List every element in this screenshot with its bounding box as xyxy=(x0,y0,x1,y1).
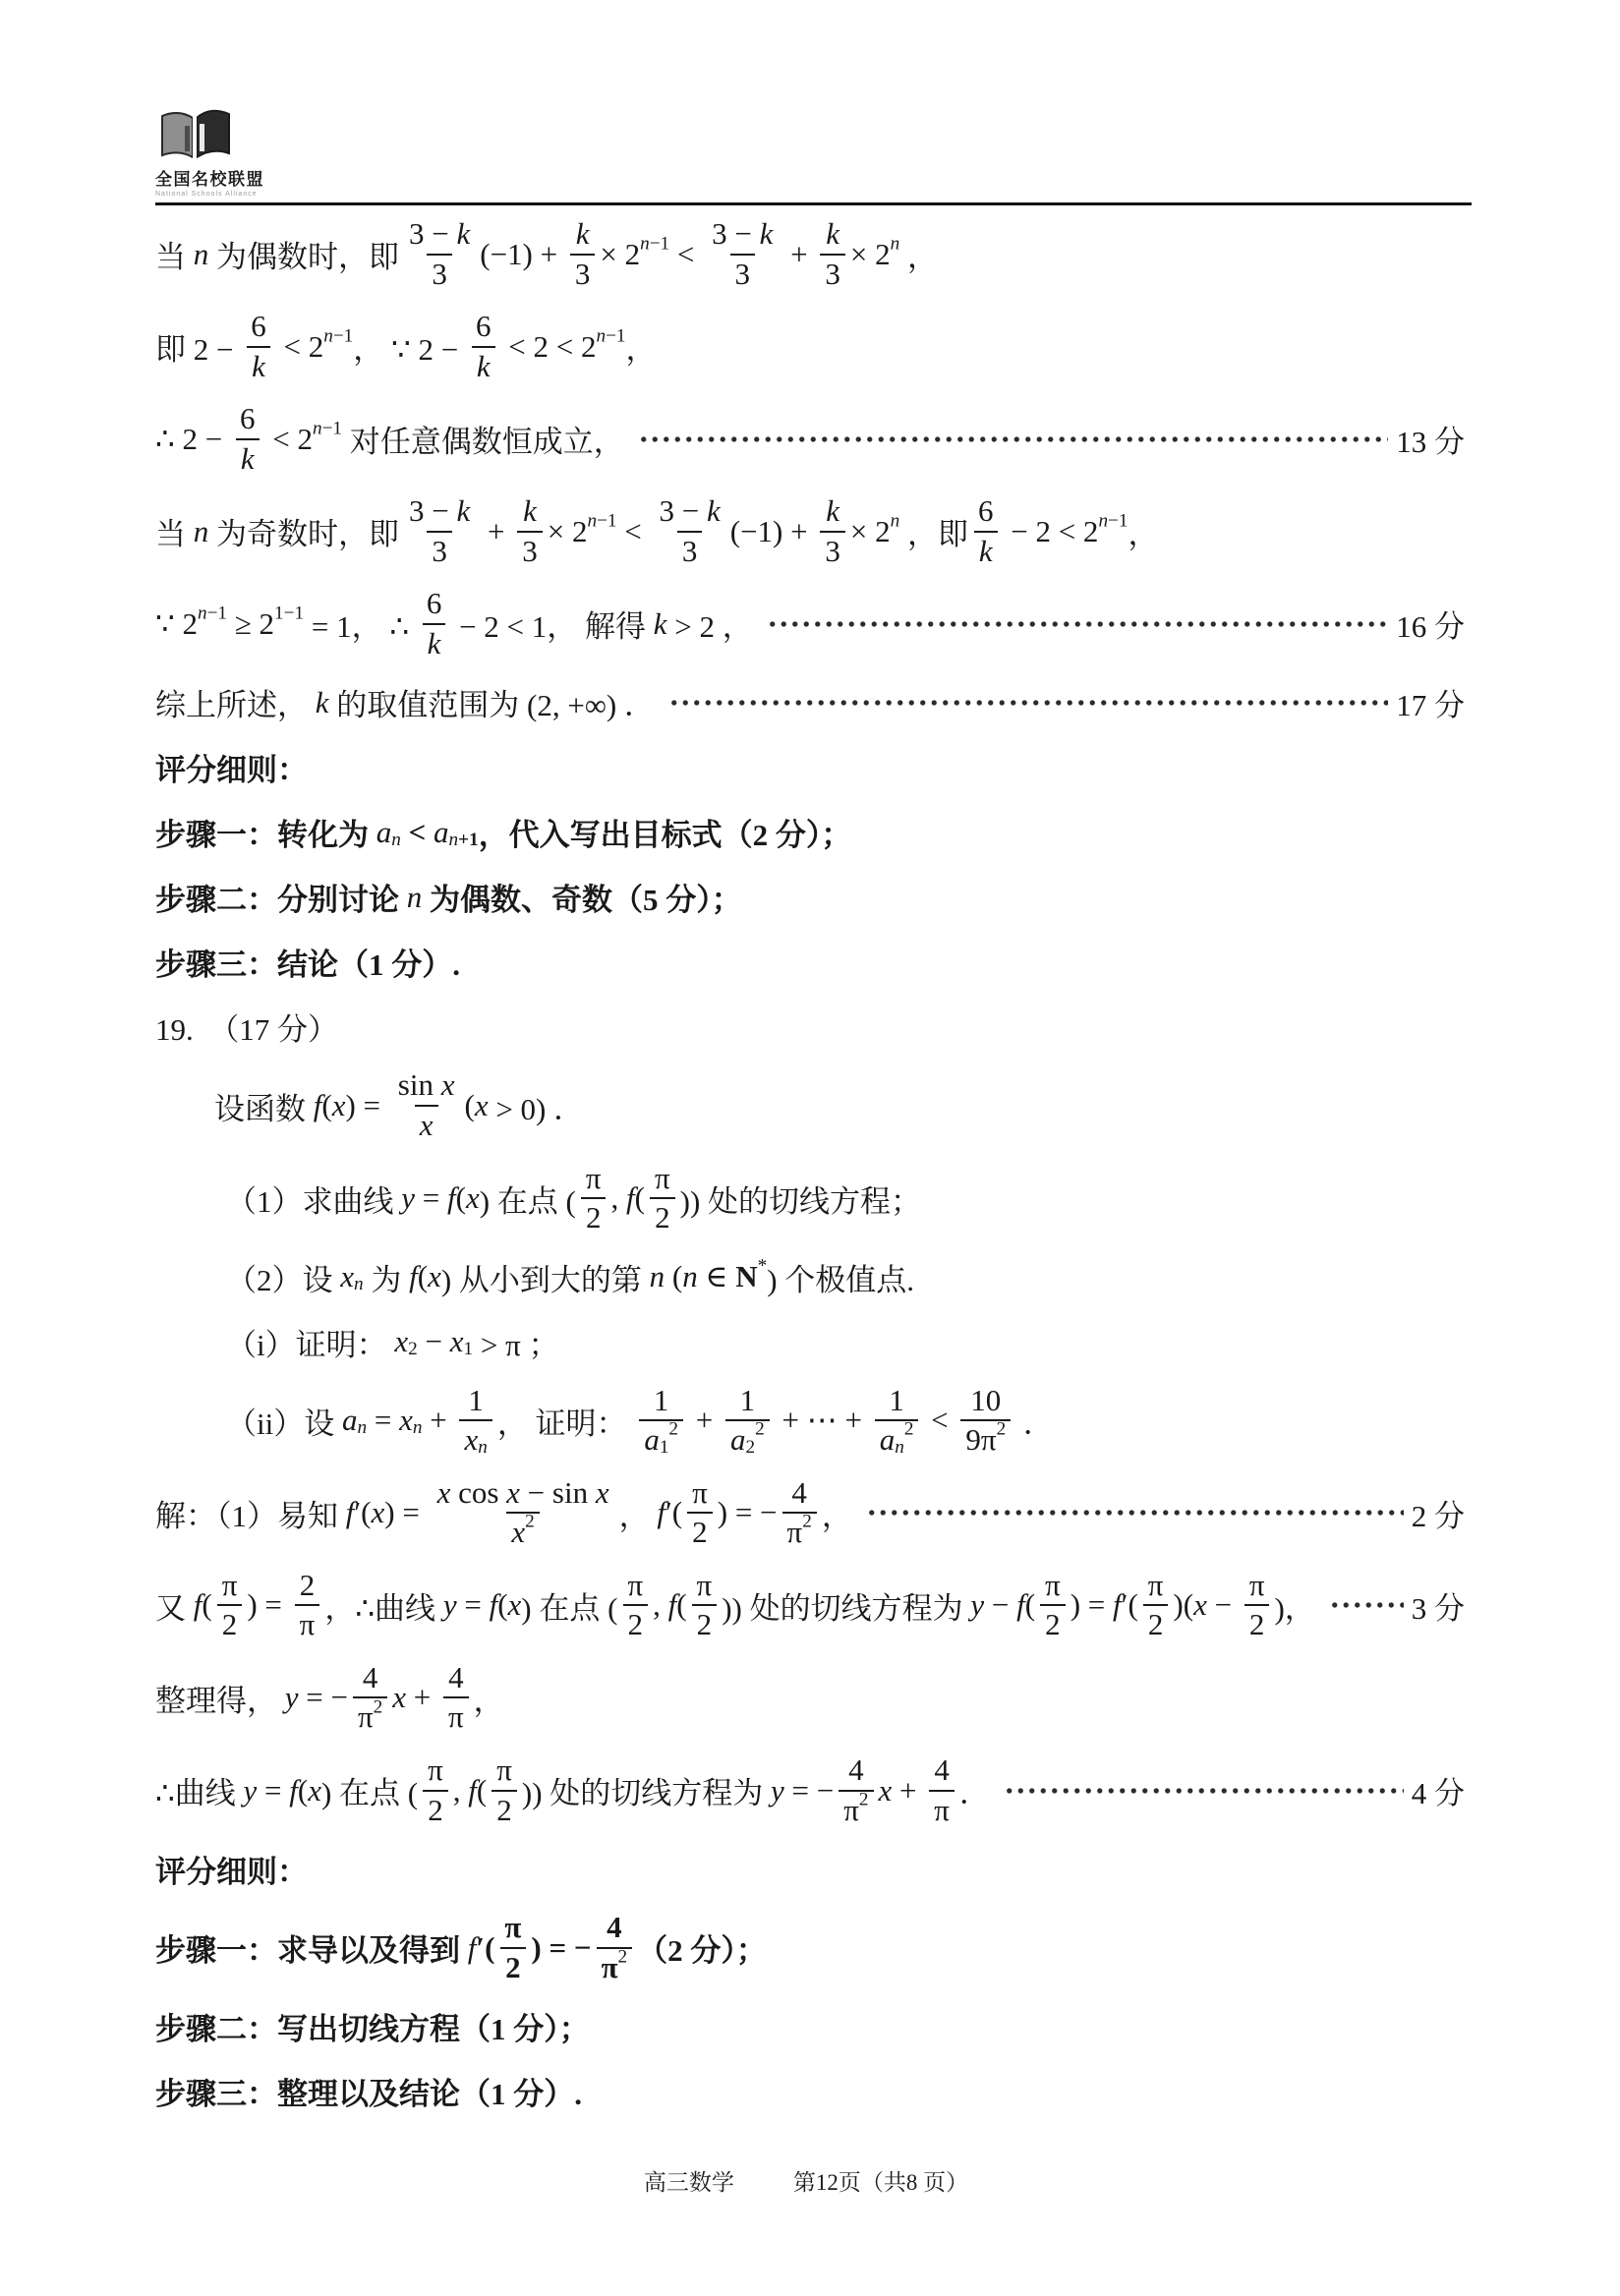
text: 3 xyxy=(825,536,840,568)
fraction: 4π xyxy=(929,1754,955,1826)
text: ( xyxy=(665,1259,682,1294)
fraction: 4π2 xyxy=(839,1754,873,1826)
fraction-denominator: 3 xyxy=(677,531,703,568)
math-variable: a xyxy=(730,1424,746,1457)
fraction-numerator: sin x xyxy=(393,1069,460,1105)
text: π xyxy=(1045,1570,1061,1602)
math-variable: k xyxy=(826,495,839,528)
text: π xyxy=(627,1570,643,1602)
fraction: 1an2 xyxy=(875,1385,919,1457)
text: π xyxy=(428,1754,443,1787)
fraction-denominator: 2 xyxy=(500,1947,526,1984)
fraction-denominator: 3 xyxy=(820,254,845,291)
fraction-numerator: k xyxy=(821,495,844,531)
text: < xyxy=(669,237,702,272)
math-variable: n xyxy=(640,233,650,255)
math-variable: n xyxy=(478,1438,488,1458)
fraction-denominator: π2 xyxy=(353,1696,387,1734)
text: > 0) ． xyxy=(489,1084,585,1128)
text: + ⋯ + xyxy=(775,1403,870,1438)
fraction: π2 xyxy=(1143,1570,1169,1641)
math-variable: y xyxy=(443,1587,457,1623)
math-variable: f xyxy=(314,1088,322,1123)
math-variable: x xyxy=(450,1324,464,1359)
doc-line-10: 步骤三：结论（1 分）. xyxy=(155,940,1465,984)
doc-line-17: 解：（1）易知 f′(x) = x cos x − sin xx2， f′(π2… xyxy=(155,1477,1465,1549)
text: ) 个极值点. xyxy=(767,1255,914,1299)
text: ∈ xyxy=(698,1259,735,1294)
text: 步骤二：分别讨论 xyxy=(155,875,407,919)
fraction: π2 xyxy=(650,1163,675,1234)
text: 3 − xyxy=(409,218,456,251)
text: 3 − xyxy=(712,218,759,251)
score-label: 3 分 xyxy=(1412,1583,1465,1628)
text: π xyxy=(934,1795,950,1827)
text: 4 xyxy=(363,1662,378,1694)
superscript: n−1 xyxy=(640,233,669,255)
subscript: n xyxy=(391,830,401,851)
text: 设函数 xyxy=(214,1084,314,1128)
math-variable: n xyxy=(407,880,423,915)
text: ， xyxy=(474,1676,504,1720)
text: 1 xyxy=(740,1385,756,1417)
doc-line-9: 步骤二：分别讨论 n 为偶数、奇数（5 分）； xyxy=(155,875,1465,919)
fraction-denominator: 2 xyxy=(423,1790,448,1827)
text: 2 xyxy=(428,1795,443,1827)
fraction: 3 − k3 xyxy=(707,218,778,290)
math-bold-symbol: N xyxy=(735,1259,757,1294)
fraction-numerator: 4 xyxy=(602,1912,627,1947)
text: 1 xyxy=(468,1385,484,1417)
text: ( xyxy=(321,1088,331,1123)
score-label: 13 分 xyxy=(1396,417,1465,461)
math-variable: x xyxy=(428,1259,441,1294)
fraction-denominator: 2 xyxy=(692,1604,718,1641)
school-alliance-logo: 全国名校联盟 National Schools Alliance xyxy=(155,108,1472,198)
text: π xyxy=(504,1912,521,1944)
text: )) 处的切线方程为 xyxy=(722,1583,970,1628)
math-variable: k xyxy=(241,443,255,476)
fraction-numerator: π xyxy=(622,1570,648,1605)
fraction-numerator: 3 − k xyxy=(404,495,475,531)
text: ( xyxy=(497,1587,507,1623)
text: −1 xyxy=(606,325,625,347)
text: +1 xyxy=(458,830,479,851)
text: = xyxy=(257,1773,289,1808)
text: × 2 xyxy=(850,237,891,272)
fraction: 1xn xyxy=(459,1385,492,1457)
math-variable: n xyxy=(650,1259,665,1294)
fraction-numerator: 6 xyxy=(422,588,447,623)
text: ) 在点 ( xyxy=(521,1583,617,1628)
fraction: k3 xyxy=(820,218,845,290)
fraction: π2 xyxy=(622,1570,648,1641)
math-variable: k xyxy=(477,351,491,383)
fraction-numerator: π xyxy=(692,1570,718,1605)
text: − 2 < 2 xyxy=(1003,514,1098,549)
text: 4 xyxy=(448,1662,464,1694)
text: π xyxy=(586,1163,602,1195)
text: + xyxy=(480,514,512,549)
text: ′( xyxy=(476,1930,494,1966)
text: π xyxy=(358,1701,374,1734)
text: > π ； xyxy=(473,1320,558,1364)
fraction-denominator: xn xyxy=(459,1419,492,1457)
text: −1 xyxy=(597,510,616,532)
math-variable: x xyxy=(511,1517,525,1549)
text: π xyxy=(602,1952,618,1984)
fraction-denominator: 2 xyxy=(650,1197,675,1234)
doc-line-19: 整理得， y = −4π2x + 4π， xyxy=(155,1662,1465,1734)
text: < xyxy=(617,514,650,549)
text: π xyxy=(496,1754,512,1787)
page-header: 全国名校联盟 National Schools Alliance xyxy=(155,108,1472,205)
math-variable: x xyxy=(879,1773,893,1808)
text: , xyxy=(453,1773,469,1808)
fraction-numerator: π xyxy=(687,1477,713,1513)
math-variable: n xyxy=(198,603,207,624)
text: ( xyxy=(1025,1587,1035,1623)
math-variable: n xyxy=(194,514,209,549)
fraction: sin xx xyxy=(393,1069,460,1141)
dotted-leader xyxy=(767,620,1388,628)
superscript: n−1 xyxy=(313,418,342,439)
fraction-numerator: π xyxy=(650,1163,675,1198)
doc-line-24: 步骤三：整理以及结论（1 分）. xyxy=(155,2069,1465,2113)
doc-line-3: ∴ 2 − 6k < 2n−1 对任意偶数恒成立，13 分 xyxy=(155,403,1465,475)
text: π xyxy=(843,1795,859,1827)
math-variable: f xyxy=(1113,1587,1122,1623)
fraction-numerator: 3 − k xyxy=(404,218,475,254)
subscript: 2 xyxy=(746,1438,756,1458)
text: （2 分）； xyxy=(637,1925,767,1970)
text: （i）证明： xyxy=(226,1320,394,1364)
text: ( xyxy=(202,1587,211,1623)
text: 步骤二：写出切线方程（1 分）； xyxy=(155,2004,590,2048)
logo-label: 全国名校联盟 xyxy=(155,165,264,190)
text: −1 xyxy=(1108,510,1128,532)
math-variable: n xyxy=(891,233,900,255)
text: ， 证明： xyxy=(497,1399,635,1443)
math-variable: x xyxy=(420,1110,434,1142)
subscript: n+1 xyxy=(449,830,479,851)
subscript: n xyxy=(478,1438,488,1458)
text: − xyxy=(984,1587,1016,1623)
text: 为奇数时，即 xyxy=(208,509,399,553)
math-variable: k xyxy=(760,218,774,251)
fraction: x cos x − sin xx2 xyxy=(433,1477,614,1549)
text: ，即 xyxy=(899,509,968,553)
superscript: n−1 xyxy=(596,325,625,347)
math-variable: n xyxy=(391,830,401,851)
score-label: 4 分 xyxy=(1412,1768,1465,1812)
fraction: k3 xyxy=(570,218,596,290)
dotted-leader xyxy=(668,699,1388,707)
superscript: 2 xyxy=(859,1790,869,1809)
fraction-numerator: 6 xyxy=(246,311,271,346)
solution-content: 当 n 为偶数时，即3 − k3(−1) + k3× 2n−1 < 3 − k3… xyxy=(155,218,1465,2134)
text: ， xyxy=(626,324,657,369)
fraction-numerator: 4 xyxy=(929,1754,955,1790)
fraction-denominator: 3 xyxy=(820,531,845,568)
math-variable: n xyxy=(313,418,322,439)
math-variable: a xyxy=(644,1424,660,1457)
text: )) 处的切线方程为 xyxy=(522,1768,771,1812)
fraction: 4π2 xyxy=(353,1662,387,1734)
fraction: 2π xyxy=(295,1570,320,1641)
fraction-numerator: π xyxy=(1040,1570,1066,1605)
fraction-denominator: k xyxy=(236,438,260,476)
superscript: 2 xyxy=(904,1420,914,1440)
doc-line-14: （2）设 xn 为 f(x) 从小到大的第 n (n ∈ N*) 个极值点. xyxy=(226,1255,1465,1299)
math-variable: a xyxy=(342,1403,358,1438)
fraction: k3 xyxy=(820,495,845,567)
fraction-denominator: 2 xyxy=(1040,1604,1066,1641)
text: −1 xyxy=(333,325,353,347)
fraction-numerator: π xyxy=(1244,1570,1270,1605)
text: 1 xyxy=(889,1385,904,1417)
doc-line-16: （ii）设 an = xn + 1xn， 证明： 1a12 + 1a22 + ⋯… xyxy=(226,1385,1465,1457)
text: 9π xyxy=(965,1424,996,1457)
text: 3 xyxy=(825,258,840,291)
doc-line-20: ∴曲线 y = f(x) 在点 (π2, f(π2)) 处的切线方程为 y = … xyxy=(155,1754,1465,1826)
fraction-numerator: π xyxy=(499,1912,526,1947)
fraction-denominator: 3 xyxy=(570,254,596,291)
fraction: π2 xyxy=(692,1570,718,1641)
text: ) 在点 ( xyxy=(480,1177,576,1221)
text: 4 xyxy=(934,1754,950,1787)
math-variable: k xyxy=(252,351,265,383)
math-variable: x xyxy=(332,1088,346,1123)
fraction: 6k xyxy=(235,403,260,475)
fraction-denominator: π xyxy=(929,1790,955,1827)
text: ) = xyxy=(1070,1587,1113,1623)
math-variable: f xyxy=(490,1587,498,1623)
text: 6 xyxy=(240,403,256,435)
fraction-denominator: π2 xyxy=(597,1947,633,1984)
fraction-denominator: π xyxy=(295,1604,320,1641)
math-variable: y xyxy=(401,1180,415,1216)
text: = xyxy=(457,1587,490,1623)
fraction-denominator: 3 xyxy=(427,254,452,291)
fraction-numerator: k xyxy=(821,218,844,254)
math-variable: y xyxy=(285,1680,299,1715)
fraction-denominator: 2 xyxy=(217,1604,243,1641)
dotted-leader xyxy=(1004,1787,1404,1795)
math-variable: n xyxy=(891,510,900,532)
math-variable: n xyxy=(354,1274,364,1295)
fraction: 4π2 xyxy=(782,1477,817,1549)
text: 2 xyxy=(697,1609,713,1641)
dotted-leader xyxy=(1329,1601,1404,1609)
subscript: 1 xyxy=(660,1438,669,1458)
math-variable: x xyxy=(508,1587,522,1623)
text: ∴曲线 xyxy=(155,1768,243,1812)
fraction-denominator: x2 xyxy=(506,1512,539,1549)
text: π xyxy=(1249,1570,1265,1602)
math-variable: x xyxy=(392,1680,406,1715)
text: = − xyxy=(299,1680,348,1715)
dotted-leader xyxy=(638,435,1389,443)
math-variable: f xyxy=(447,1180,456,1216)
math-variable: x xyxy=(308,1773,321,1808)
text: + xyxy=(688,1403,721,1438)
text: 6 xyxy=(427,588,442,620)
text: − xyxy=(418,1324,450,1359)
fraction: 1a22 xyxy=(725,1385,770,1457)
math-variable: k xyxy=(523,495,537,528)
text: 4 xyxy=(607,1912,622,1944)
text: 综上所述， xyxy=(155,680,316,724)
text: 的取值范围为 (2, +∞) ． xyxy=(329,680,655,724)
doc-line-18: 又 f(π2) = 2π，∴曲线 y = f(x) 在点 (π2, f(π2))… xyxy=(155,1570,1465,1641)
math-variable: x xyxy=(399,1403,413,1438)
fraction: k3 xyxy=(517,495,543,567)
text: 步骤三：结论（1 分）. xyxy=(155,940,460,984)
math-variable: y xyxy=(243,1773,257,1808)
text: −1 xyxy=(207,603,227,624)
fraction: π2 xyxy=(1040,1570,1066,1641)
fraction: π2 xyxy=(492,1754,517,1826)
fraction-denominator: k xyxy=(247,346,270,383)
math-variable: n xyxy=(413,1417,423,1439)
text: − 2 < 1， 解得 xyxy=(451,602,653,646)
text: 为偶数时，即 xyxy=(208,232,399,276)
text: ( xyxy=(464,1088,474,1123)
text: 2 xyxy=(496,1795,512,1827)
text: ． xyxy=(959,1768,990,1812)
text: 2 xyxy=(628,1609,644,1641)
fraction: 3 − k3 xyxy=(655,495,725,567)
math-variable: n xyxy=(357,1417,367,1439)
text: × 2 xyxy=(548,514,588,549)
fraction-denominator: a12 xyxy=(639,1419,683,1457)
text: 3 xyxy=(432,536,447,568)
fraction-numerator: 1 xyxy=(884,1385,909,1420)
text: 19. （17 分） xyxy=(155,1004,338,1049)
math-variable: y xyxy=(970,1587,984,1623)
text: ) 从小到大的第 xyxy=(441,1255,650,1299)
fraction-denominator: π2 xyxy=(782,1512,817,1549)
dotted-leader xyxy=(866,1509,1404,1517)
fraction: π2 xyxy=(687,1477,713,1549)
fraction-denominator: a22 xyxy=(725,1419,770,1457)
fraction: π2 xyxy=(581,1163,607,1234)
math-variable: f xyxy=(668,1587,677,1623)
superscript: n xyxy=(891,233,900,255)
fraction-numerator: π xyxy=(217,1570,243,1605)
text: ) = − xyxy=(531,1930,591,1966)
text: − sin xyxy=(520,1477,596,1510)
score-label: 2 分 xyxy=(1412,1491,1465,1535)
math-variable: n xyxy=(682,1259,698,1294)
math-variable: n xyxy=(895,1438,904,1458)
math-variable: y xyxy=(771,1773,784,1808)
text: 4 xyxy=(791,1477,807,1510)
fraction-denominator: 3 xyxy=(427,531,452,568)
math-variable: x xyxy=(441,1069,455,1102)
text: 为 xyxy=(364,1255,410,1299)
doc-line-6: 综上所述， k 的取值范围为 (2, +∞) ．17 分 xyxy=(155,680,1465,724)
fraction: 4π xyxy=(443,1662,469,1734)
text: ． xyxy=(1015,1399,1054,1443)
doc-line-2: 即 2 − 6k < 2n−1， ∵ 2 − 6k < 2 < 2n−1， xyxy=(155,311,1465,382)
fraction-denominator: 3 xyxy=(730,254,756,291)
text: ) = xyxy=(384,1495,427,1530)
fraction-numerator: π xyxy=(492,1754,517,1790)
text: 为偶数、奇数（5 分）； xyxy=(422,875,742,919)
text: 对任意偶数恒成立， xyxy=(342,417,624,461)
text: 4 xyxy=(848,1754,864,1787)
fraction-numerator: 4 xyxy=(358,1662,383,1697)
score-label: 16 分 xyxy=(1396,602,1465,646)
fraction-numerator: 4 xyxy=(786,1477,812,1513)
text: ( xyxy=(456,1180,466,1216)
text: ( xyxy=(418,1259,428,1294)
text: 2 xyxy=(222,1609,238,1641)
fraction: π2 xyxy=(423,1754,448,1826)
math-variable: x xyxy=(464,1424,478,1457)
text: ) = − xyxy=(718,1495,778,1530)
math-variable: a xyxy=(434,815,449,850)
fraction-denominator: π xyxy=(443,1696,469,1734)
fraction-denominator: 2 xyxy=(1143,1604,1169,1641)
superscript: 2 xyxy=(802,1513,812,1532)
fraction: 1a12 xyxy=(639,1385,683,1457)
math-variable: a xyxy=(376,815,392,850)
text: 3 xyxy=(432,258,447,291)
fraction-numerator: 1 xyxy=(649,1385,674,1420)
text: −1 xyxy=(650,233,669,255)
text: ( xyxy=(298,1773,308,1808)
math-variable: x xyxy=(371,1495,384,1530)
text: 3 xyxy=(682,536,698,568)
text: 6 xyxy=(476,311,492,343)
math-variable: x xyxy=(506,1477,520,1510)
fraction: π2 xyxy=(499,1912,526,1983)
text: （ii）设 xyxy=(226,1399,342,1443)
text: − xyxy=(1207,1587,1240,1623)
text: π xyxy=(300,1609,316,1641)
superscript: 1−1 xyxy=(274,603,304,624)
math-variable: x xyxy=(437,1477,451,1510)
footer-page-info: 第12页（共8 页） xyxy=(793,2164,968,2197)
text: < xyxy=(923,1403,955,1438)
fraction-denominator: k xyxy=(423,623,446,660)
fraction: 6k xyxy=(471,311,496,382)
math-variable: x xyxy=(1193,1587,1207,1623)
text: 又 xyxy=(155,1583,194,1628)
fraction-numerator: 2 xyxy=(295,1570,320,1605)
fraction-numerator: π xyxy=(1143,1570,1169,1605)
doc-line-8: 步骤一：转化为 an < an+1，代入写出目标式（2 分）； xyxy=(155,810,1465,854)
text: ， xyxy=(619,1491,658,1535)
superscript: 2 xyxy=(668,1420,678,1440)
math-variable: k xyxy=(654,606,667,642)
text: + xyxy=(892,1773,924,1808)
text: π xyxy=(655,1163,670,1195)
superscript: n−1 xyxy=(198,603,227,624)
fraction-denominator: 2 xyxy=(492,1790,517,1827)
fraction-numerator: 1 xyxy=(735,1385,761,1420)
text: 步骤一：求导以及得到 xyxy=(155,1925,468,1970)
text: ，代入写出目标式（2 分）； xyxy=(479,810,852,854)
math-variable: f xyxy=(626,1180,635,1216)
doc-line-21: 评分细则： xyxy=(155,1847,1465,1891)
text: ′( xyxy=(665,1495,682,1530)
fraction: π2 xyxy=(217,1570,243,1641)
text: π xyxy=(1148,1570,1164,1602)
